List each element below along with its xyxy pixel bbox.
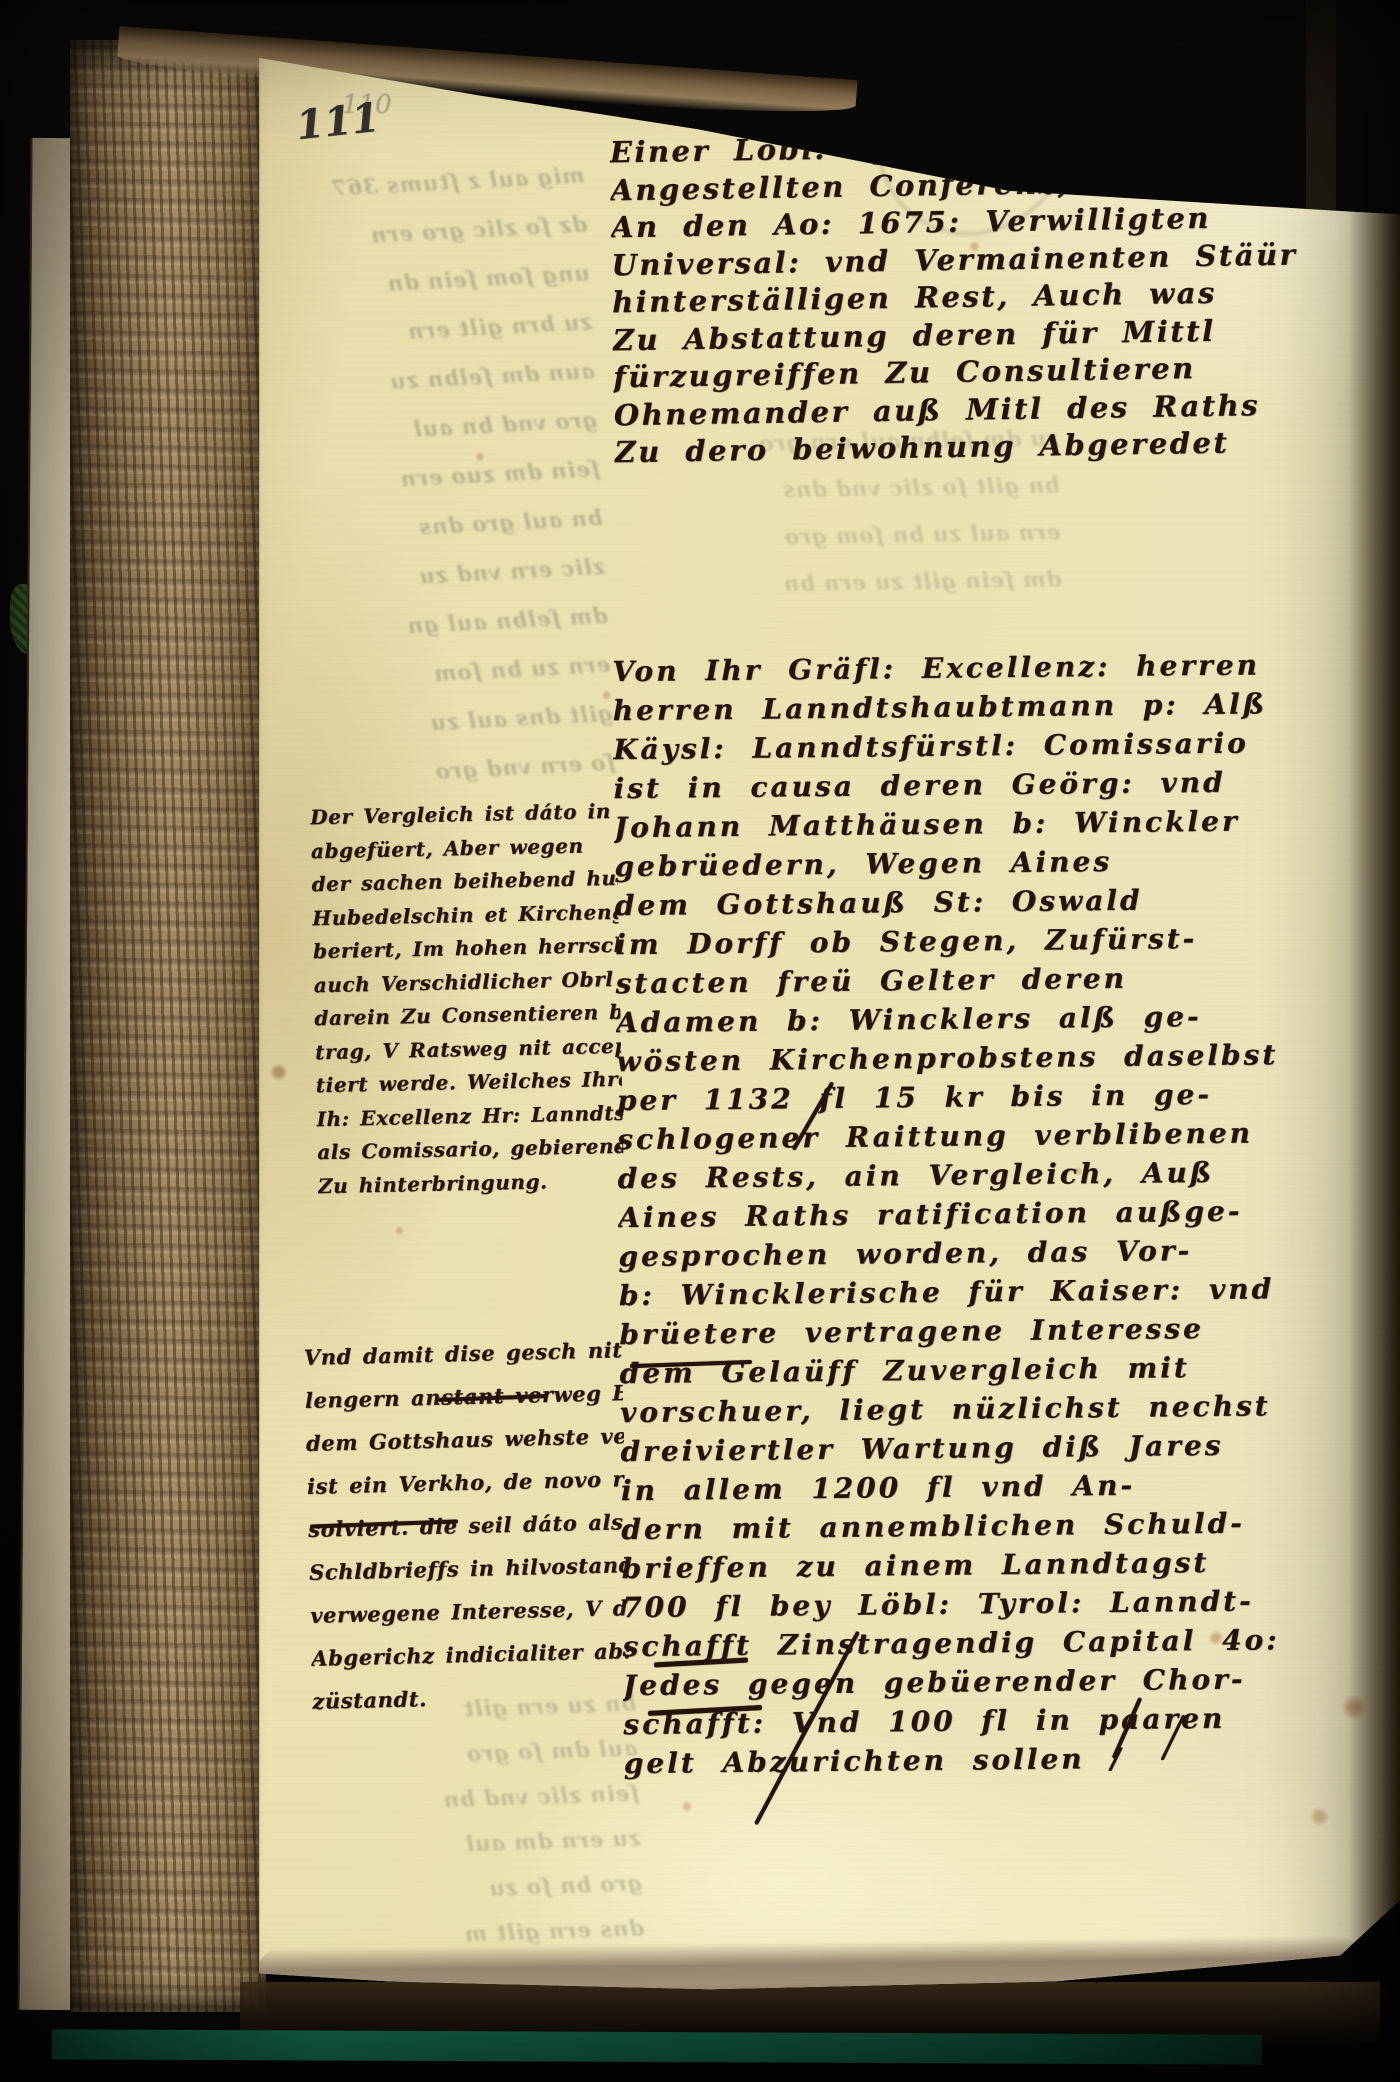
bleedthrough-line: dm ſein gilt zu ern bn xyxy=(631,555,1062,609)
marginal-note-line: als Comissario, gebierend xyxy=(317,1130,624,1170)
entry-line: gelt Abzurichten sollen / xyxy=(624,1736,1400,1783)
bleedthrough-line: ern aul zu bn ſom gro xyxy=(630,508,1061,562)
manuscript-page: mig aul z ſtums 367dz ſo zlic gro ernung… xyxy=(250,40,1400,2025)
bleedthrough-text-block: mig aul z ſtums 367dz ſo zlic gro ernung… xyxy=(274,150,617,802)
page-gutter-shadow xyxy=(1348,210,1400,1950)
marginal-note-line: der sachen beihebend hubstands xyxy=(311,862,618,902)
marginal-note-paragraph-1: Der Vergleich ist dáto in Rathabgefüert,… xyxy=(310,795,624,1203)
manuscript-photograph: mig aul z ſtums 367dz ſo zlic gro ernung… xyxy=(0,0,1400,2082)
marginal-note-line: Abgerichz indicialiter ab: xyxy=(311,1629,630,1680)
marginal-note-line: darein Zu Consentieren bedenkh xyxy=(314,996,621,1036)
heading-line: Einer Löbl: Tyrolis Lanndtschafft xyxy=(609,122,1399,172)
green-cloth-strip xyxy=(52,2029,1262,2064)
frayed-page-edges xyxy=(70,40,266,2012)
marginal-note-line: tiert werde. Weilches Ihre xyxy=(315,1063,622,1103)
folio-number: 111 xyxy=(294,94,382,149)
marginal-note-line: Zu hinterbringung. xyxy=(318,1163,625,1203)
bleedthrough-text-block: bn zu ern giltaul dm ſo groſein zlic vnd… xyxy=(305,1680,644,1961)
background-shadow-band xyxy=(1306,0,1336,215)
marginal-note-line: beriert, Im hohen herrschafften xyxy=(313,929,620,969)
entry-text-block: Von Ihr Gräfl: Excellenz: herrenherren L… xyxy=(612,644,1400,1783)
marginal-note-line: ist ein Verkho, de novo re: xyxy=(306,1457,625,1508)
marginal-note-line: Der Vergleich ist dáto in Rath xyxy=(310,795,617,835)
marginal-note-line: züstandt. xyxy=(312,1672,631,1723)
heading-text-block: Einer Löbl: Tyrolis LanndtschafftAngeste… xyxy=(609,122,1400,472)
